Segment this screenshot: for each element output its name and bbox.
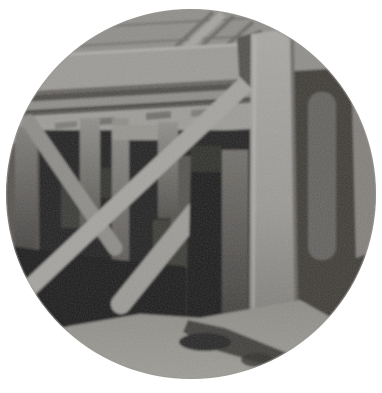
photo-canvas [5,8,377,380]
page-background [0,0,382,393]
photo-clip-group [5,8,377,380]
circular-photo [5,8,377,380]
